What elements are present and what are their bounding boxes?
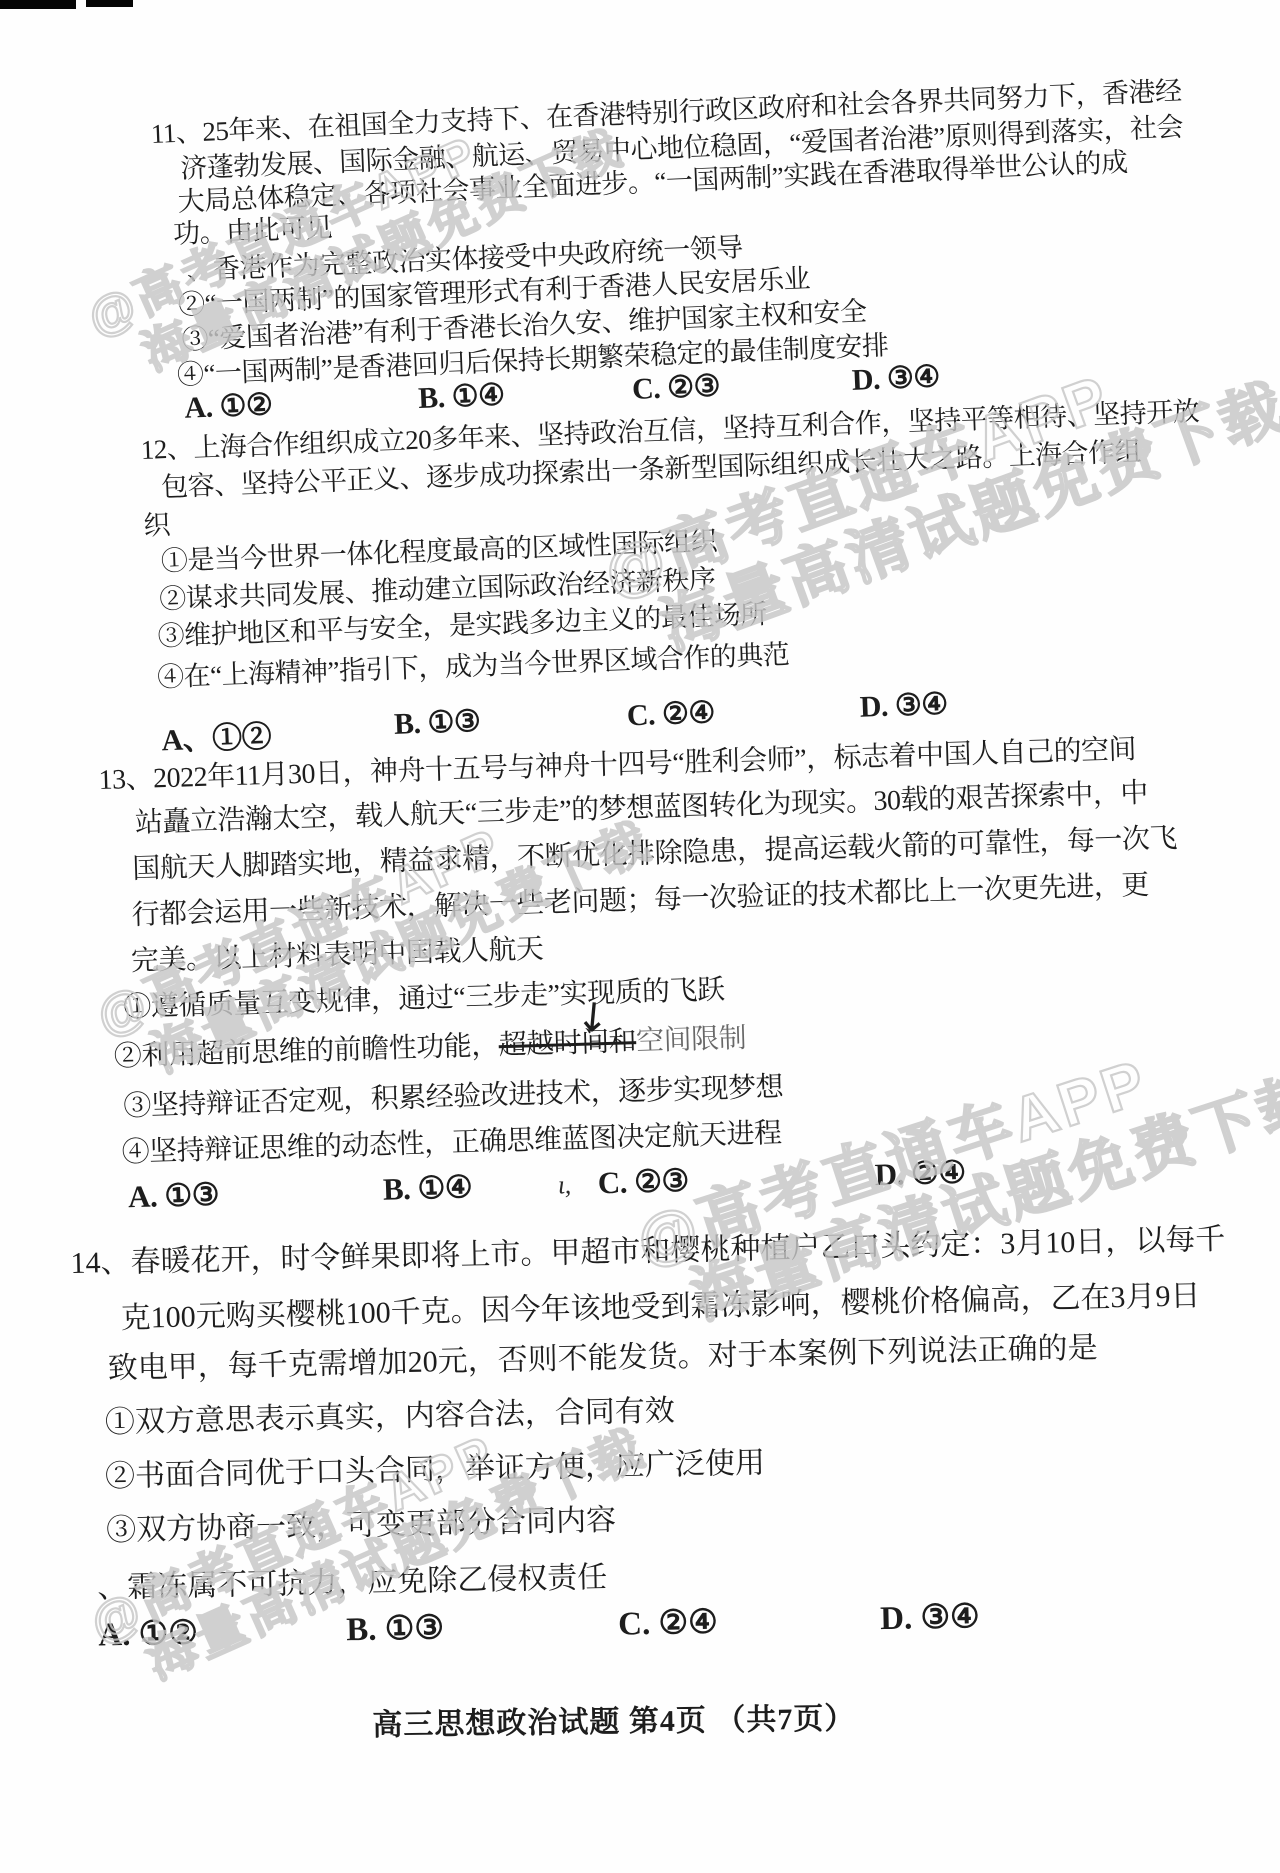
- page-footer: 高三思想政治试题 第4页 （共7页）: [372, 1693, 856, 1744]
- q13-answer-d: D. ②④: [874, 1154, 966, 1193]
- q12-answer-d: D. ③④: [859, 687, 948, 725]
- q14-stem-line-1: 14、春暖花开，时令鲜果即将上市。甲超市和樱桃种植户乙口头约定：3月10日，以每…: [70, 1214, 1226, 1282]
- q13-answer-b: B. ①④: [382, 1169, 472, 1208]
- q14-option-4: 、霜冻属不可抗力，应免除乙侵权责任: [97, 1552, 608, 1607]
- q13-stray-mark: ι,: [557, 1170, 571, 1200]
- q14-option-1: ①双方意思表示真实，内容合法，合同有效: [104, 1385, 675, 1441]
- q14-answer-d: D. ③④: [880, 1596, 980, 1638]
- q13-answer-a: A. ①③: [128, 1177, 220, 1216]
- q13-option-2-pre: ②利用超前思维的前瞻性功能，: [113, 1030, 499, 1072]
- scan-artifact-1: [0, 0, 76, 9]
- q14-answer-c: C. ②④: [618, 1602, 718, 1644]
- scan-artifact-2: [86, 0, 133, 7]
- q14-option-3: ③双方协商一致，可变更部分合同内容: [106, 1495, 617, 1550]
- q13-option-2: ②利用超前思维的前瞻性功能，超越时间和空间限制: [113, 1016, 746, 1075]
- q14-answer-a: A. ①②: [98, 1612, 198, 1654]
- q12-stem-line-3: 织: [143, 503, 171, 543]
- q11-answer-b: B. ①④: [418, 377, 506, 416]
- q14-answer-b: B. ①③: [346, 1607, 445, 1649]
- q14-option-2: ②书面合同优于口头合同，举证方便，应广泛使用: [104, 1438, 765, 1496]
- q13-option-2-tail: 空间限制: [636, 1023, 747, 1057]
- q11-answer-c: C. ②③: [631, 368, 720, 407]
- q12-answer-c: C. ②④: [626, 695, 715, 733]
- q13-stem-line-5: 完美。以上材料表明中国载人航天: [130, 927, 544, 979]
- q13-option-2-struck: 超越时间和: [498, 1026, 636, 1061]
- q12-answer-b: B. ①③: [393, 704, 481, 742]
- exam-page: 11、25年来、在祖国全力支持下、在香港特别行政区政府和社会各界共同努力下，香港…: [0, 0, 1280, 1873]
- q13-handwritten-arrow-mark: ↓: [574, 994, 611, 1043]
- q11-answer-a: A. ①②: [184, 387, 273, 426]
- q13-answer-c: C. ②③: [597, 1163, 689, 1202]
- q12-answer-a: A、①②: [161, 711, 272, 759]
- q11-answer-d: D. ③④: [851, 359, 940, 398]
